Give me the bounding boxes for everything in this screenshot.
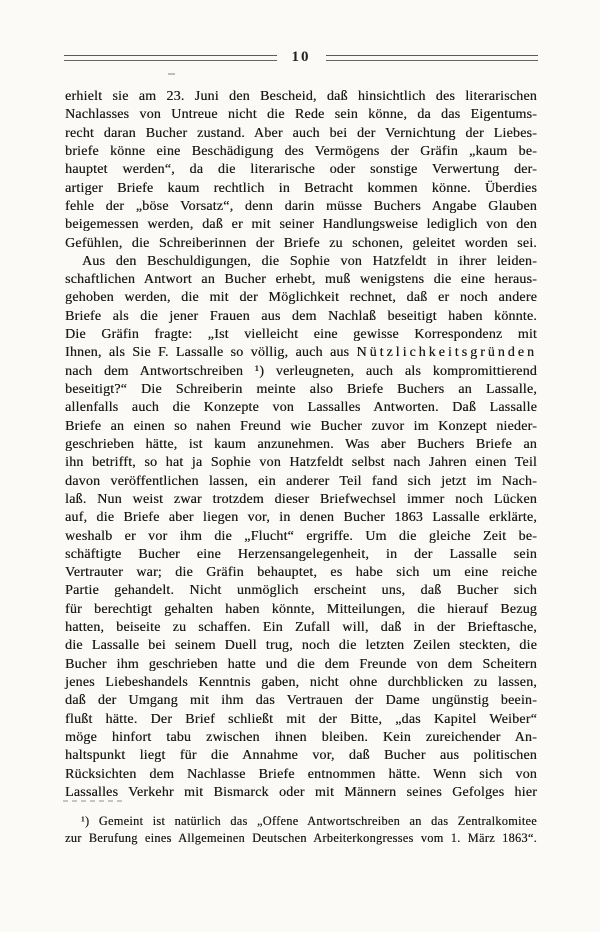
text-line: beigemessen werden, daß er mit seiner Ha… xyxy=(65,216,537,234)
page-number: 10 xyxy=(290,50,313,65)
text-line: Rücksichten dem Nachlasse Briefe entnomm… xyxy=(65,766,537,784)
paragraph-1: erhielt sie am 23. Juni den Bescheid, da… xyxy=(65,88,537,253)
text-line: Vertrauter war; die Gräfin behauptet, es… xyxy=(65,564,537,582)
text-line: flußt hätte. Der Brief schließt mit der … xyxy=(65,711,537,729)
text-line: Lassalles Verkehr mit Bismarck oder mit … xyxy=(65,784,537,802)
text-line: ihn betrifft, so hat ja Sophie von Hatzf… xyxy=(65,454,537,472)
text-line: recht daran Bucher zustand. Aber auch be… xyxy=(65,125,537,143)
scanned-book-page: 10 erhielt sie am 23. Juni den Bescheid,… xyxy=(0,0,600,932)
letterspaced-word: Nützlichkeitsgründen xyxy=(356,345,537,360)
paragraph-2-part-b: nach dem Antwortschreiben ¹) verleugnete… xyxy=(65,363,537,803)
page-header: 10 xyxy=(64,50,538,65)
text-line: auf, die Briefe aber liegen vor, in dene… xyxy=(65,509,537,527)
text-line: Briefe an einen so nahen Freund wie Buch… xyxy=(65,418,537,436)
text-line: allenfalls auch die Konzepte von Lassall… xyxy=(65,399,537,417)
text-line: daß der Umgang mit ihm das Vertrauen der… xyxy=(65,692,537,710)
text-line: Aus den Beschuldigungen, die Sophie von … xyxy=(65,253,537,271)
text-line: artiger Briefe kaum rechtlich in Betrach… xyxy=(65,180,537,198)
text-line: geschrieben hätte, ist kaum anzunehmen. … xyxy=(65,436,537,454)
text-line: Bucher ihm geschrieben hatte und die dem… xyxy=(65,656,537,674)
footnote: ¹) Gemeint ist natürlich das „Offene Ant… xyxy=(65,813,537,846)
text-line: nach dem Antwortschreiben ¹) verleugnete… xyxy=(65,363,537,381)
header-rule-left xyxy=(64,55,277,61)
text-line: Gefühlen, die Schreiberinnen der Briefe … xyxy=(65,235,537,253)
text-line: Briefe als die jener Frauen aus dem Nach… xyxy=(65,308,537,326)
paragraph-2-part-a: Aus den Beschuldigungen, die Sophie von … xyxy=(65,253,537,345)
text-line: Partie gehandelt. Nicht unmöglich ersche… xyxy=(65,582,537,600)
text-line: für berechtigt gehalten haben könnte, Mi… xyxy=(65,601,537,619)
line-prefix: Ihnen, als Sie F. Lassalle so völlig, au… xyxy=(65,345,356,360)
body-text: erhielt sie am 23. Juni den Bescheid, da… xyxy=(65,88,537,802)
text-line: schaftlichen Antwort an Bucher erhebt, m… xyxy=(65,271,537,289)
text-line: hauptet werden“, da die literarische ode… xyxy=(65,161,537,179)
text-line: davon veröffentlichen lassen, ein andere… xyxy=(65,473,537,491)
text-line: ¹) Gemeint ist natürlich das „Offene Ant… xyxy=(65,813,537,830)
text-line: möge hinfort tabu zwischen ihnen bleiben… xyxy=(65,729,537,747)
text-line: gehoben werden, die mit der Möglichkeit … xyxy=(65,289,537,307)
text-line-with-letterspaced-word: Ihnen, als Sie F. Lassalle so völlig, au… xyxy=(65,344,537,362)
text-line: haltspunkt liegt für die Annahme vor, da… xyxy=(65,747,537,765)
footnote-separator xyxy=(63,800,125,802)
text-line: beseitigt?“ Die Schreiberin meinte also … xyxy=(65,381,537,399)
text-line: die Lassalle bei seinem Duell trug, noch… xyxy=(65,637,537,655)
text-line: jenes Liebeshandels Kenntnis gaben, nich… xyxy=(65,674,537,692)
text-line: laß. Nun weist zwar trotzdem dieser Brie… xyxy=(65,491,537,509)
scan-artifact xyxy=(168,73,175,75)
text-line: Nachlasses von Untreue nicht die Rede se… xyxy=(65,106,537,124)
text-line: erhielt sie am 23. Juni den Bescheid, da… xyxy=(65,88,537,106)
text-line: fehle der „böse Vorsatz“, denn darin müs… xyxy=(65,198,537,216)
text-line: Die Gräfin fragte: „Ist vielleicht eine … xyxy=(65,326,537,344)
header-rule-right xyxy=(326,55,539,61)
text-line: hatten, beiseite zu schaffen. Ein Zufall… xyxy=(65,619,537,637)
text-line: weshalb er vor ihm die „Flucht“ ergriffe… xyxy=(65,528,537,546)
text-line: zur Berufung eines Allgemeinen Deutschen… xyxy=(65,830,537,847)
text-line: schäftigte Bucher eine Herzensangelegenh… xyxy=(65,546,537,564)
text-line: briefe könne eine Beschädigung des Vermö… xyxy=(65,143,537,161)
